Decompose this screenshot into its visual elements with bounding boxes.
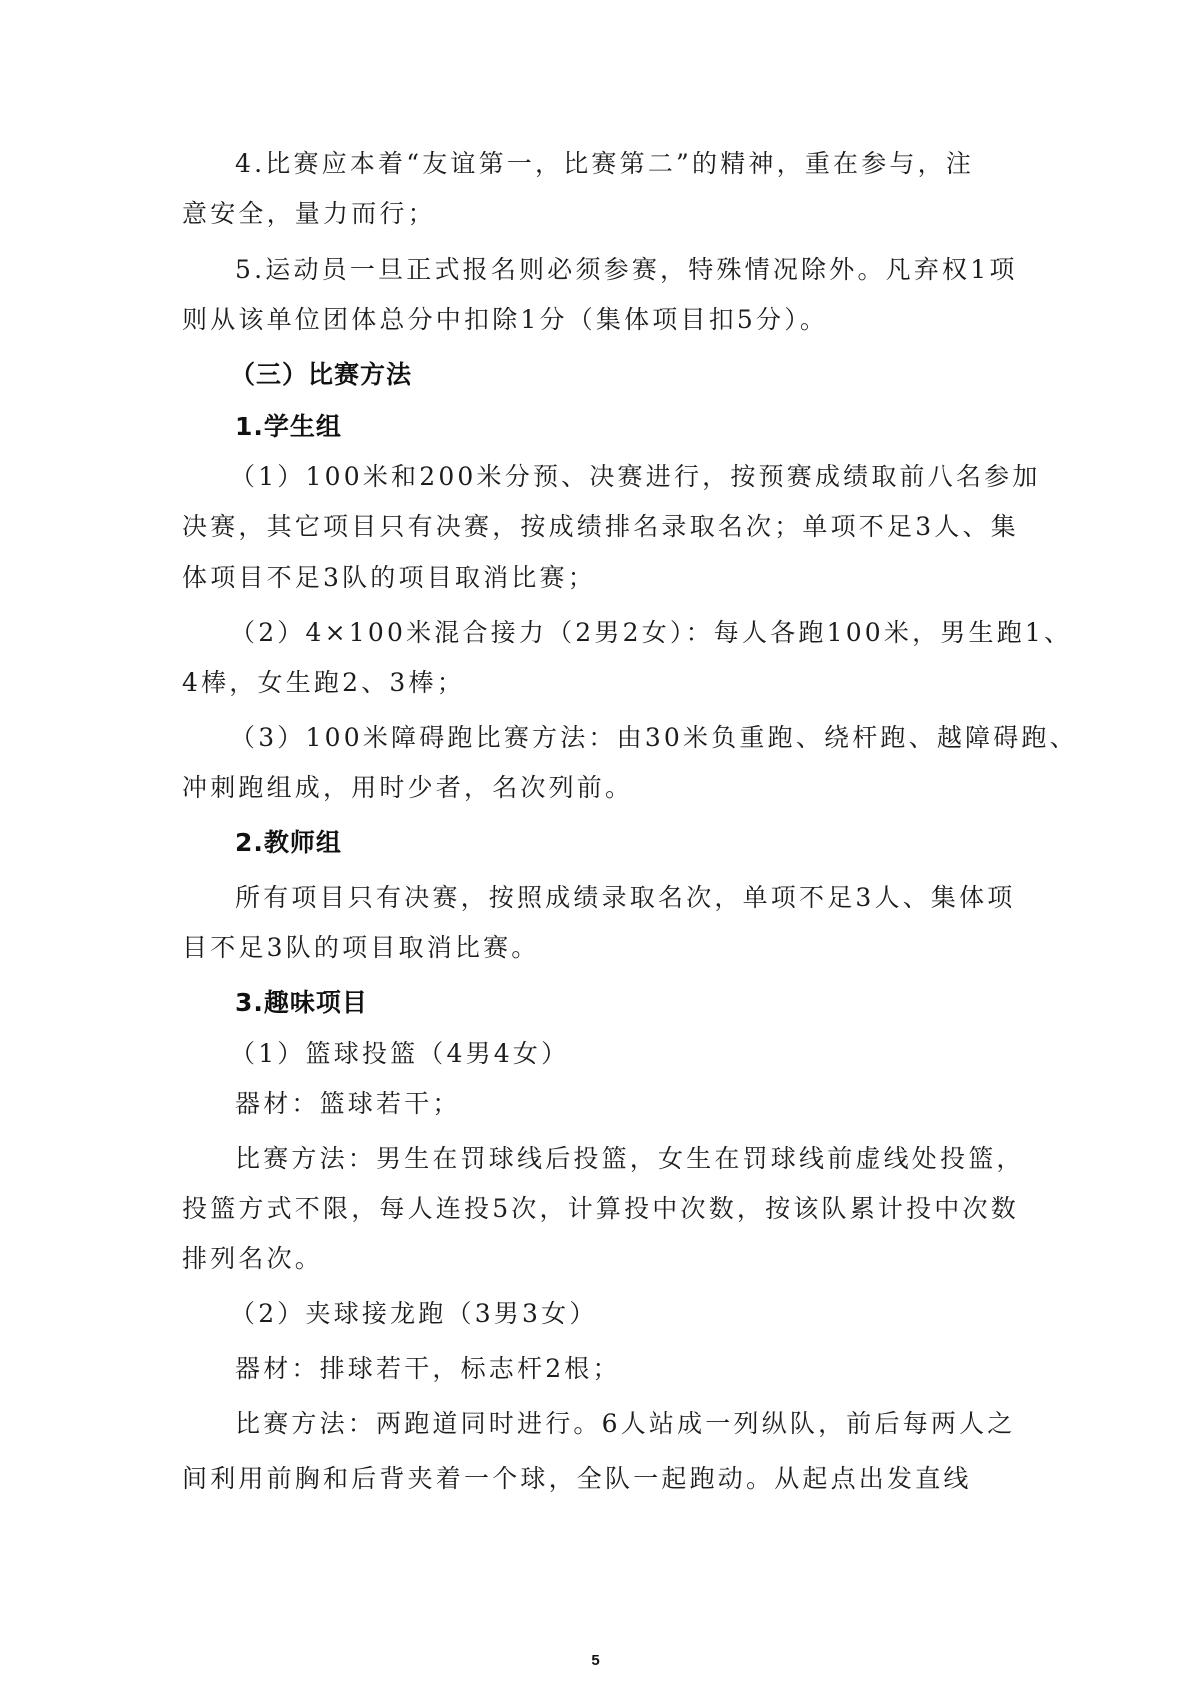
paragraph-line: 体项目不足3队的项目取消比赛； [182,562,596,594]
paragraph-line: 5.运动员一旦正式报名则必须参赛，特殊情况除外。凡弃权1项 [235,254,1018,286]
paragraph-line: （2）4×100米混合接力（2男2女）：每人各跑100米，男生跑1、 [230,617,1072,649]
paragraph-line: 意安全，量力而行； [182,198,436,230]
document-page: 4.比赛应本着“友谊第一，比赛第二”的精神，重在参与，注意安全，量力而行；5.运… [0,0,1191,1684]
paragraph-line: 排列名次。 [182,1243,323,1275]
paragraph-line: 器材：篮球若干； [235,1088,461,1120]
paragraph-line: 冲刺跑组成，用时少者，名次列前。 [182,772,633,804]
paragraph-line: （1）100米和200米分预、决赛进行，按预赛成绩取前八名参加 [230,461,1041,493]
paragraph-line: 目不足3队的项目取消比赛。 [182,932,540,964]
paragraph-line: 比赛方法：两跑道同时进行。6人站成一列纵队，前后每两人之 [235,1408,1016,1440]
paragraph-line: 决赛，其它项目只有决赛，按成绩排名录取名次；单项不足3人、集 [182,511,1019,543]
paragraph-line: （3）100米障碍跑比赛方法：由30米负重跑、绕杆跑、越障碍跑、 [230,722,1078,754]
paragraph-line: 4棒，女生跑2、3棒； [182,667,465,699]
paragraph-line: 器材：排球若干，标志杆2根； [235,1353,621,1385]
paragraph-line: 间利用前胸和后背夹着一个球，全队一起跑动。从起点出发直线 [182,1463,972,1495]
paragraph-line: 投篮方式不限，每人连投5次，计算投中次数，按该队累计投中次数 [182,1193,1019,1225]
section-heading: 1.学生组 [235,411,342,443]
paragraph-line: （1）篮球投篮（4男4女） [230,1038,569,1070]
section-heading: 3.趣味项目 [235,987,368,1019]
section-heading: （三）比赛方法 [230,359,412,391]
paragraph-line: 所有项目只有决赛，按照成绩录取名次，单项不足3人、集体项 [235,882,1016,914]
paragraph-line: 则从该单位团体总分中扣除1分（集体项目扣5分）。 [182,304,828,336]
page-number: 5 [0,1652,1191,1669]
paragraph-line: （2）夹球接龙跑（3男3女） [230,1298,598,1330]
section-heading: 2.教师组 [235,827,342,859]
paragraph-line: 4.比赛应本着“友谊第一，比赛第二”的精神，重在参与，注 [235,148,974,180]
paragraph-line: 比赛方法：男生在罚球线后投篮，女生在罚球线前虚线处投篮， [235,1143,1025,1175]
